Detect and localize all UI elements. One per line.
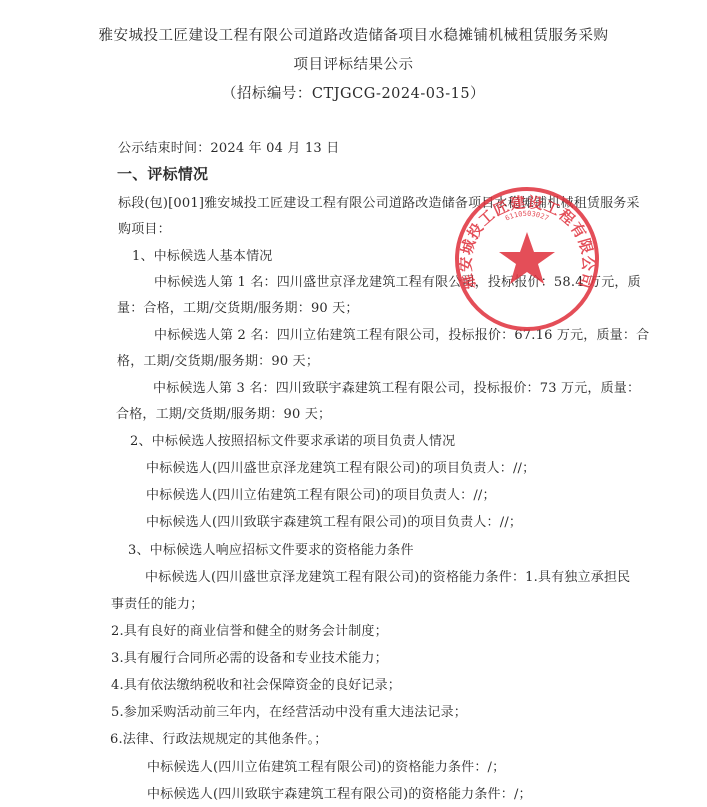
bid-number: （招标编号：CTJGCG-2024-03-15） <box>0 86 707 102</box>
qualification-item-2: 2.具有良好的商业信誉和健全的财务会计制度； <box>111 624 388 640</box>
candidate-2-line-2: 格，工期/交货期/服务期：90 天； <box>117 354 319 370</box>
qualification-first-line-2: 事责任的能力； <box>111 597 203 613</box>
end-time: 公示结束时间：2024 年 04 月 13 日 <box>118 141 339 157</box>
subsection-heading-qualifications: 3、中标候选人响应招标文件要求的资格能力条件 <box>128 543 414 559</box>
document-title-line-2: 项目评标结果公示 <box>0 57 707 73</box>
section-heading-evaluation: 一、评标情况 <box>117 166 208 182</box>
qualification-item-5: 5.参加采购活动前三年内，在经营活动中没有重大违法记录； <box>111 705 467 721</box>
subsection-heading-project-leads: 2、中标候选人按照招标文件要求承诺的项目负责人情况 <box>130 434 455 450</box>
official-seal-stamp-icon: 雅安城投工匠建设工程有限公司 6110503027 <box>452 184 602 334</box>
subsection-heading-candidates: 1、中标候选人基本情况 <box>132 249 272 265</box>
qualification-item-3: 3.具有履行合同所必需的设备和专业技术能力； <box>111 651 388 667</box>
document-title-line-1: 雅安城投工匠建设工程有限公司道路改造储备项目水稳摊铺机械租赁服务采购 <box>0 28 707 44</box>
candidate-1-line-2: 量：合格，工期/交货期/服务期：90 天； <box>117 301 359 317</box>
candidate-3-line-2: 合格，工期/交货期/服务期：90 天； <box>116 407 331 423</box>
qualification-item-6: 6.法律、行政法规规定的其他条件。； <box>110 732 328 748</box>
candidate-3-line-1: 中标候选人第 3 名：四川致联宇森建筑工程有限公司，投标报价：73 万元，质量： <box>153 381 640 397</box>
qualification-other-1: 中标候选人(四川立佑建筑工程有限公司)的资格能力条件：/； <box>147 760 505 776</box>
project-lead-2: 中标候选人(四川立佑建筑工程有限公司)的项目负责人：//； <box>146 488 496 504</box>
project-lead-1: 中标候选人(四川盛世京泽龙建筑工程有限公司)的项目负责人：//； <box>146 461 535 477</box>
project-lead-3: 中标候选人(四川致联宇森建筑工程有限公司)的项目负责人：//； <box>146 515 522 531</box>
lot-intro-line-2: 购项目： <box>118 222 171 238</box>
qualification-other-2: 中标候选人(四川致联宇森建筑工程有限公司)的资格能力条件：/； <box>147 787 532 803</box>
qualification-item-4: 4.具有依法缴纳税收和社会保障资金的良好记录； <box>111 678 401 694</box>
qualification-first-line-1: 中标候选人(四川盛世京泽龙建筑工程有限公司)的资格能力条件：1.具有独立承担民 <box>145 570 630 586</box>
